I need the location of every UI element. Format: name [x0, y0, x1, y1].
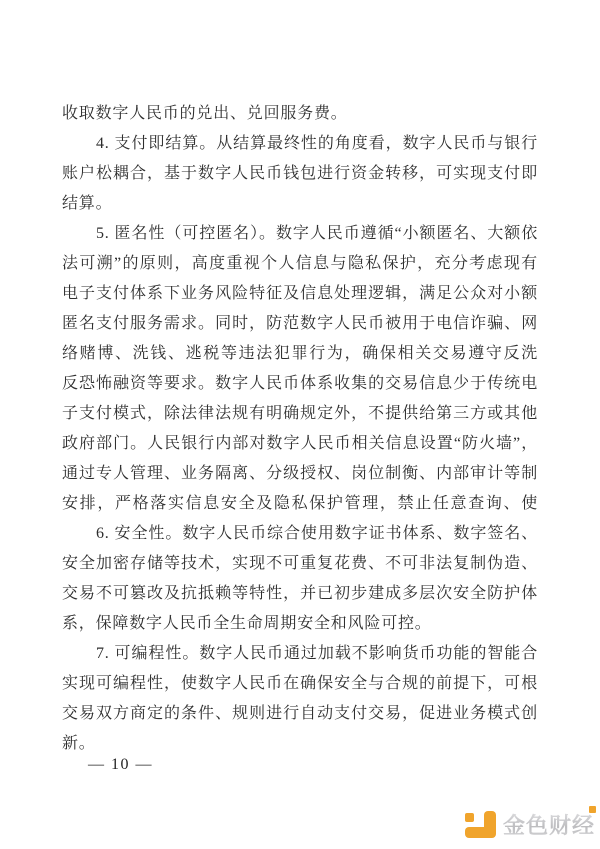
document-text-line: 通过专人管理、业务隔离、分级授权、岗位制衡、内部审计等制度: [62, 459, 538, 489]
document-text-line: 电子支付体系下业务风险特征及信息处理逻辑，满足公众对小额: [62, 279, 538, 309]
document-body-text: 收取数字人民币的兑出、兑回服务费。4. 支付即结算。从结算最终性的角度看，数字人…: [62, 99, 538, 759]
document-text-line: 5. 匿名性（可控匿名）。数字人民币遵循“小额匿名、大额依: [62, 219, 538, 249]
jinse-logo-icon: [465, 811, 496, 838]
document-text-line: 法可溯”的原则，高度重视个人信息与隐私保护，充分考虑现有: [62, 249, 538, 279]
document-text-line: 交易双方商定的条件、规则进行自动支付交易，促进业务模式创: [62, 699, 538, 729]
document-text-line: 收取数字人民币的兑出、兑回服务费。: [62, 99, 538, 129]
jinse-finance-watermark: 金色财经: [465, 809, 595, 840]
document-text-line: 政府部门。人民银行内部对数字人民币相关信息设置“防火墙”，: [62, 429, 538, 459]
jinse-brand-text: 金色财经: [503, 813, 595, 838]
jinse-brand: 金色财经: [503, 809, 595, 840]
document-text-line: 子支付模式，除法律法规有明确规定外，不提供给第三方或其他: [62, 399, 538, 429]
document-text-line: 6. 安全性。数字人民币综合使用数字证书体系、数字签名、: [62, 519, 538, 549]
document-text-line: 交易不可篡改及抗抵赖等特性，并已初步建成多层次安全防护体: [62, 579, 538, 609]
document-text-line: 7. 可编程性。数字人民币通过加载不影响货币功能的智能合约: [62, 639, 538, 669]
document-text-line: 新。: [62, 729, 538, 759]
document-text-line: 匿名支付服务需求。同时，防范数字人民币被用于电信诈骗、网: [62, 309, 538, 339]
document-text-line: 结算。: [62, 189, 538, 219]
document-text-line: 反恐怖融资等要求。数字人民币体系收集的交易信息少于传统电: [62, 369, 538, 399]
document-text-line: 安排，严格落实信息安全及隐私保护管理，禁止任意查询、使用。: [62, 489, 538, 519]
document-text-line: 4. 支付即结算。从结算最终性的角度看，数字人民币与银行: [62, 129, 538, 159]
jinse-brand-accent-icon: [589, 806, 596, 813]
document-page: 收取数字人民币的兑出、兑回服务费。4. 支付即结算。从结算最终性的角度看，数字人…: [0, 0, 600, 849]
document-text-line: 账户松耦合，基于数字人民币钱包进行资金转移，可实现支付即: [62, 159, 538, 189]
document-text-line: 实现可编程性，使数字人民币在确保安全与合规的前提下，可根据: [62, 669, 538, 699]
document-text-line: 系，保障数字人民币全生命周期安全和风险可控。: [62, 609, 538, 639]
document-text-line: 安全加密存储等技术，实现不可重复花费、不可非法复制伪造、: [62, 549, 538, 579]
page-number: — 10 —: [88, 756, 153, 774]
document-text-line: 络赌博、洗钱、逃税等违法犯罪行为，确保相关交易遵守反洗钱、: [62, 339, 538, 369]
